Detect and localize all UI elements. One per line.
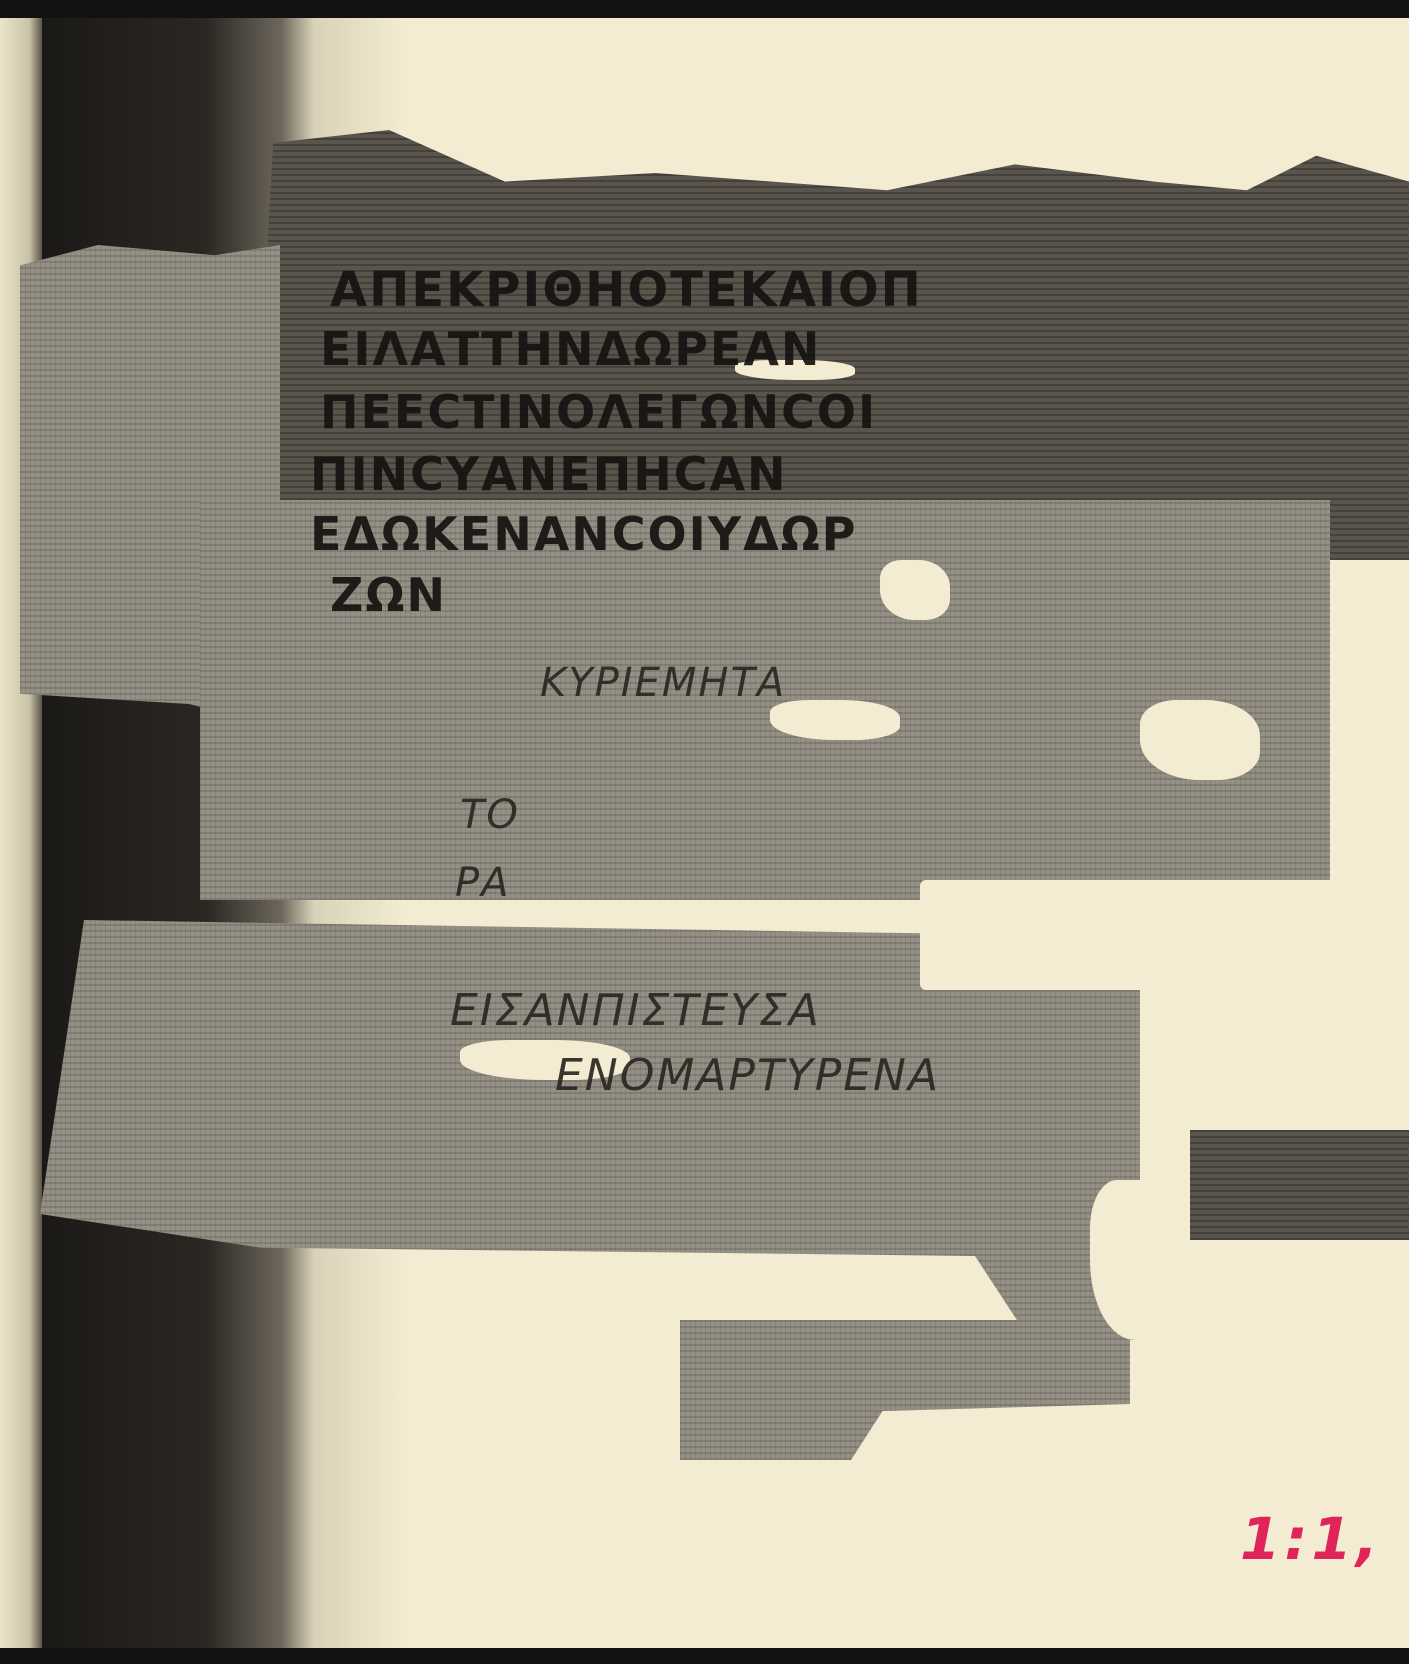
papyrus-gap (770, 700, 900, 740)
text-line-4: ΠΙΝCΥΑΝΕΠΗCΑΝ (310, 447, 788, 501)
photograph: ΑΠΕΚΡΙΘΗΟΤΕΚΑΙΟΠ ΕΙΛΑΤΤΗΝΔΩΡΕΑΝ ΠΕΕCΤΙΝΟ… (0, 0, 1409, 1664)
papyrus-right-lower (1190, 1130, 1409, 1240)
text-line-2: ΕΙΛΑΤΤΗΝΔΩΡΕΑΝ (320, 322, 821, 376)
scale-annotation: 1:1, (1240, 1505, 1382, 1573)
text-line-5: ΕΔΩΚΕΝΑΝCΟΙΥΔΩΡ (310, 507, 858, 561)
film-border-bottom (0, 1648, 1409, 1664)
lower-line-2: ΕΝΟΜΑΡΤΥΡΕΝΑ (555, 1050, 940, 1101)
papyrus-gap (920, 880, 1340, 990)
papyrus-gap (1140, 700, 1260, 780)
film-border-top (0, 0, 1409, 18)
papyrus-gap (880, 560, 950, 620)
papyrus-gap (1090, 1180, 1180, 1340)
text-line-6: ΖΩΝ (330, 568, 447, 622)
lower-line-1: ΕΙΣΑΝΠΙΣΤΕΥΣΑ (450, 985, 821, 1036)
text-line-1: ΑΠΕΚΡΙΘΗΟΤΕΚΑΙΟΠ (330, 262, 923, 318)
papyrus-bottom-tab (680, 1320, 1130, 1460)
middle-line-3: ΡΑ (455, 860, 510, 906)
text-line-3: ΠΕΕCΤΙΝΟΛΕΓΩΝCΟΙ (320, 385, 877, 439)
middle-line-2: ΤΟ (460, 792, 520, 838)
middle-line-1: ΚΥΡΙΕΜΗΤΑ (540, 660, 786, 706)
faint-stamp-text (720, 1480, 920, 1540)
